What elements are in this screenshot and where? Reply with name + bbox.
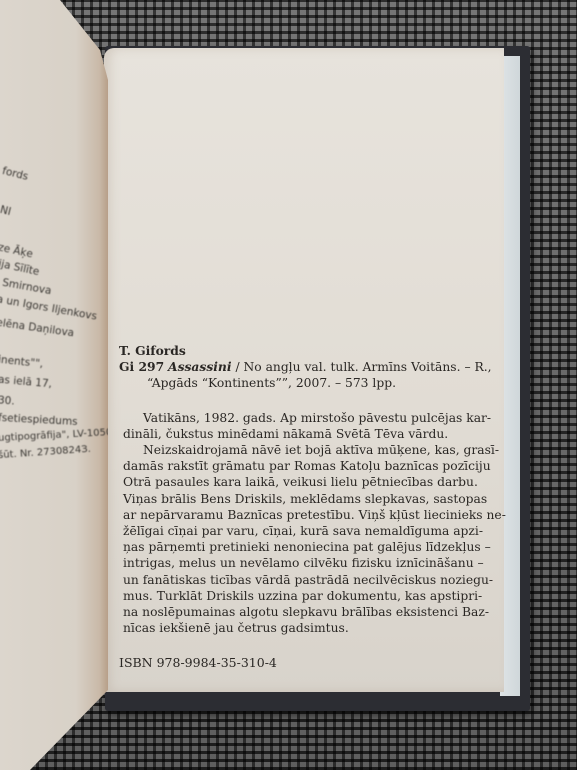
summary-line: Neizskaidrojamā nāvē iet bojā aktīva mūķ…	[123, 442, 509, 458]
bibliographic-line: Gi 297 Assassini / No angļu val. tulk. A…	[119, 359, 509, 375]
catalog-entry: T. Gifords Gi 297 Assassini / No angļu v…	[119, 343, 509, 672]
left-page: fords NI ze Āķe ija Sīlīte Smirnova a un…	[0, 0, 108, 770]
left-fragment: ze Āķe	[0, 241, 34, 260]
left-fragment: fsetiespiedums	[0, 412, 78, 428]
left-fragment: ija Sīlīte	[0, 258, 40, 278]
summary-line: na noslēpumainas algotu slepkavu brālība…	[123, 604, 509, 620]
book-title: Assassini	[168, 359, 231, 374]
left-fragment: šūt. Nr. 2730824З.	[0, 444, 91, 461]
author-name: T. Gifords	[119, 343, 509, 359]
summary: Vatikāns, 1982. gads. Ap mirstošo pāvest…	[119, 410, 509, 637]
left-fragment: 30.	[0, 394, 15, 407]
summary-line: Otrā pasaules kara laikā, veikusi lielu …	[123, 474, 509, 490]
summary-line: Viņas brālis Bens Driskils, meklēdams sl…	[123, 491, 509, 507]
summary-line: damās rakstīt grāmatu par Romas Katoļu b…	[123, 458, 509, 474]
translation-info: / No angļu val. tulk. Armīns Voitāns. – …	[232, 360, 492, 374]
left-fragment: Smirnova	[1, 277, 52, 297]
summary-line: nīcas iekšienē jau četrus gadsimtus.	[123, 620, 509, 636]
left-fragment: elēna Daņilova	[0, 317, 75, 340]
summary-line: ņas pārņemti pretinieki nenoniecina pat …	[123, 539, 509, 555]
summary-line: dināli, čukstus minēdami nākamā Svētā Tē…	[123, 426, 509, 442]
summary-line: žēlīgai cīņai par varu, cīņai, kurā sava…	[123, 523, 509, 539]
call-number: Gi 297	[119, 359, 164, 374]
summary-line: intrigas, melus un nevēlamo cilvēku fizi…	[123, 555, 509, 571]
summary-line: ar nepārvaramu Baznīcas pretestību. Viņš…	[123, 507, 509, 523]
left-fragment: NI	[0, 204, 12, 218]
left-fragment: fords	[1, 165, 30, 183]
summary-line: mus. Turklāt Driskils uzzina par dokumen…	[123, 588, 509, 604]
summary-line: Vatikāns, 1982. gads. Ap mirstošo pāvest…	[123, 410, 509, 426]
summary-line: un fanātiskas ticības vārdā pastrādā nec…	[123, 572, 509, 588]
left-fragment: ugtipogrāfija", LV-1050	[0, 427, 108, 444]
left-fragment: inents"",	[0, 354, 44, 371]
isbn: ISBN 978-9984-35-310-4	[119, 655, 509, 671]
publisher-info: “Apgāds “Kontinents””, 2007. – 573 lpp.	[119, 375, 509, 391]
left-fragment: as ielā 17,	[0, 374, 52, 391]
